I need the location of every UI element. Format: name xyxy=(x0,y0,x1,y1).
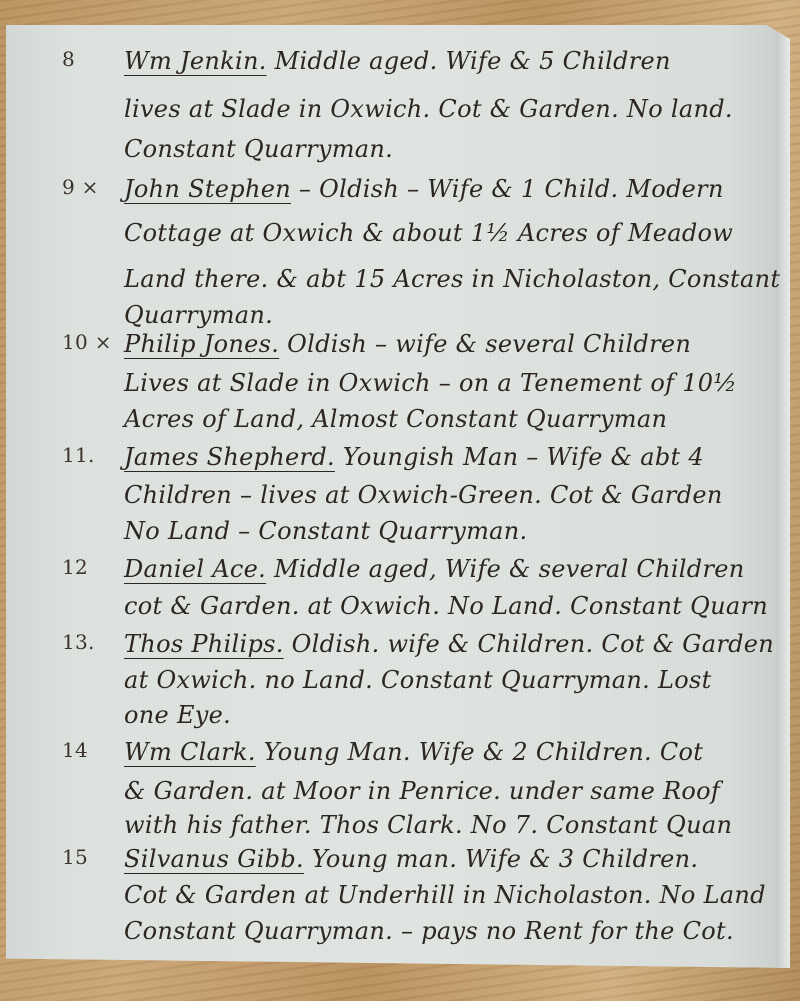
entry-number: 14 xyxy=(62,738,88,762)
entry-text: Children – lives at Oxwich-Green. Cot & … xyxy=(124,481,723,509)
entry-text: No Land – Constant Quarryman. xyxy=(124,517,527,545)
manuscript-page: 8 Wm Jenkin. Middle aged. Wife & 5 Child… xyxy=(6,25,790,968)
entry-number: 10 × xyxy=(62,330,112,354)
entry-text: Cottage at Oxwich & about 1½ Acres of Me… xyxy=(124,219,733,247)
entry-name: Wm Jenkin. xyxy=(124,47,267,75)
entry-text: one Eye. xyxy=(124,701,231,729)
entry-number: 9 × xyxy=(62,175,99,199)
entry-text: & Garden. at Moor in Penrice. under same… xyxy=(124,777,720,805)
entry-text: with his father. Thos Clark. No 7. Const… xyxy=(124,811,732,839)
entry-text: cot & Garden. at Oxwich. No Land. Consta… xyxy=(124,592,768,620)
entry-text: Quarryman. xyxy=(124,301,273,329)
entry-text: Oldish – wife & several Children xyxy=(279,330,691,358)
entry-number: 15 xyxy=(62,845,88,869)
entry-name: Daniel Ace. xyxy=(124,555,266,583)
entry-text: Land there. & abt 15 Acres in Nicholasto… xyxy=(124,265,780,293)
entry-text: lives at Slade in Oxwich. Cot & Garden. … xyxy=(124,95,733,123)
entry-text: Middle aged, Wife & several Children xyxy=(266,555,744,583)
entry-number: 13. xyxy=(62,630,95,654)
entry-name: Silvanus Gibb. xyxy=(124,845,304,873)
entry-name: James Shepherd. xyxy=(124,443,335,471)
entry-number: 11. xyxy=(62,443,95,467)
entry-text: Constant Quarryman. xyxy=(124,135,393,163)
entry-text: Acres of Land, Almost Constant Quarryman xyxy=(124,405,667,433)
entry-text: Middle aged. Wife & 5 Children xyxy=(267,47,671,75)
entry-text: Young Man. Wife & 2 Children. Cot xyxy=(256,738,703,766)
entry-text: at Oxwich. no Land. Constant Quarryman. … xyxy=(124,666,712,694)
entry-name: Philip Jones. xyxy=(124,330,279,358)
entry-text: Young man. Wife & 3 Children. xyxy=(304,845,698,873)
entry-text: Oldish. wife & Children. Cot & Garden xyxy=(284,630,774,658)
entry-text: Lives at Slade in Oxwich – on a Tenement… xyxy=(124,369,737,397)
entry-number: 12 xyxy=(62,555,88,579)
entry-number: 8 xyxy=(62,47,75,71)
entry-text: Cot & Garden at Underhill in Nicholaston… xyxy=(124,881,766,909)
page-edge xyxy=(776,25,790,968)
entry-text: Youngish Man – Wife & abt 4 xyxy=(335,443,704,471)
entry-text: Constant Quarryman. – pays no Rent for t… xyxy=(124,917,734,945)
entry-name: Thos Philips. xyxy=(124,630,284,658)
entry-name: John Stephen xyxy=(124,175,291,203)
entry-name: Wm Clark. xyxy=(124,738,256,766)
entry-text: – Oldish – Wife & 1 Child. Modern xyxy=(291,175,724,203)
